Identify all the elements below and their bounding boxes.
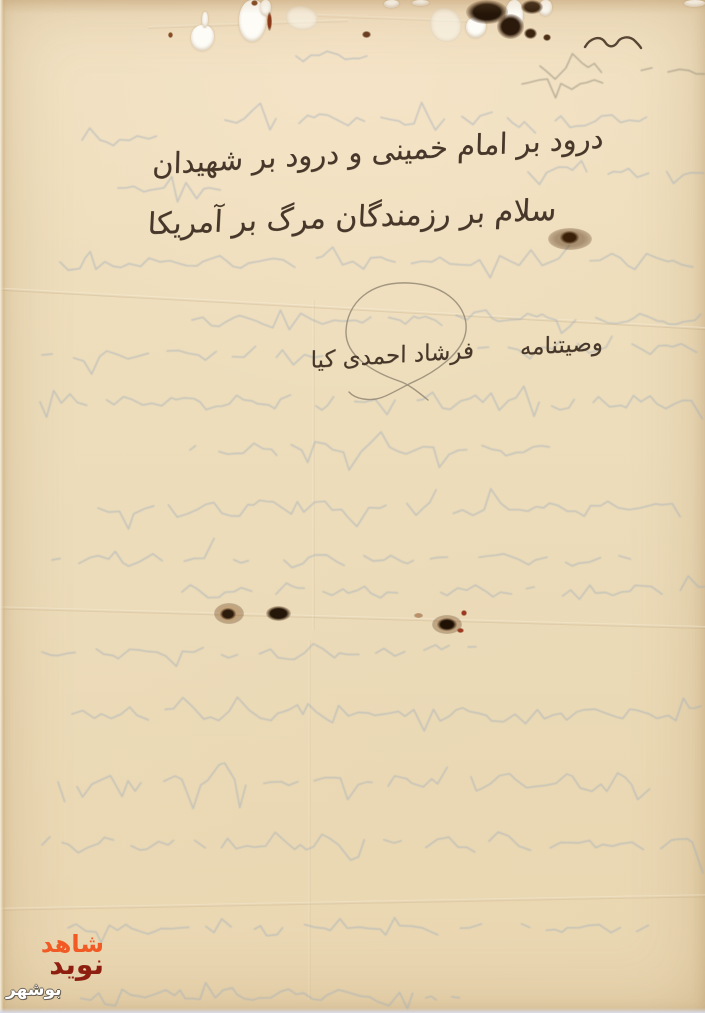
- testament-label: وصیتنامه: [520, 330, 603, 361]
- watermark-word-navid: نوید: [49, 951, 104, 979]
- scanned-letter: درود بر امام خمینی و درود بر شهیدان سلام…: [0, 0, 705, 1013]
- navid-shahed-watermark: شاهد نوید بوشهر: [6, 932, 106, 1010]
- watermark-word-bushehr: بوشهر: [6, 982, 62, 999]
- ink-squiggle-mark: [585, 37, 641, 48]
